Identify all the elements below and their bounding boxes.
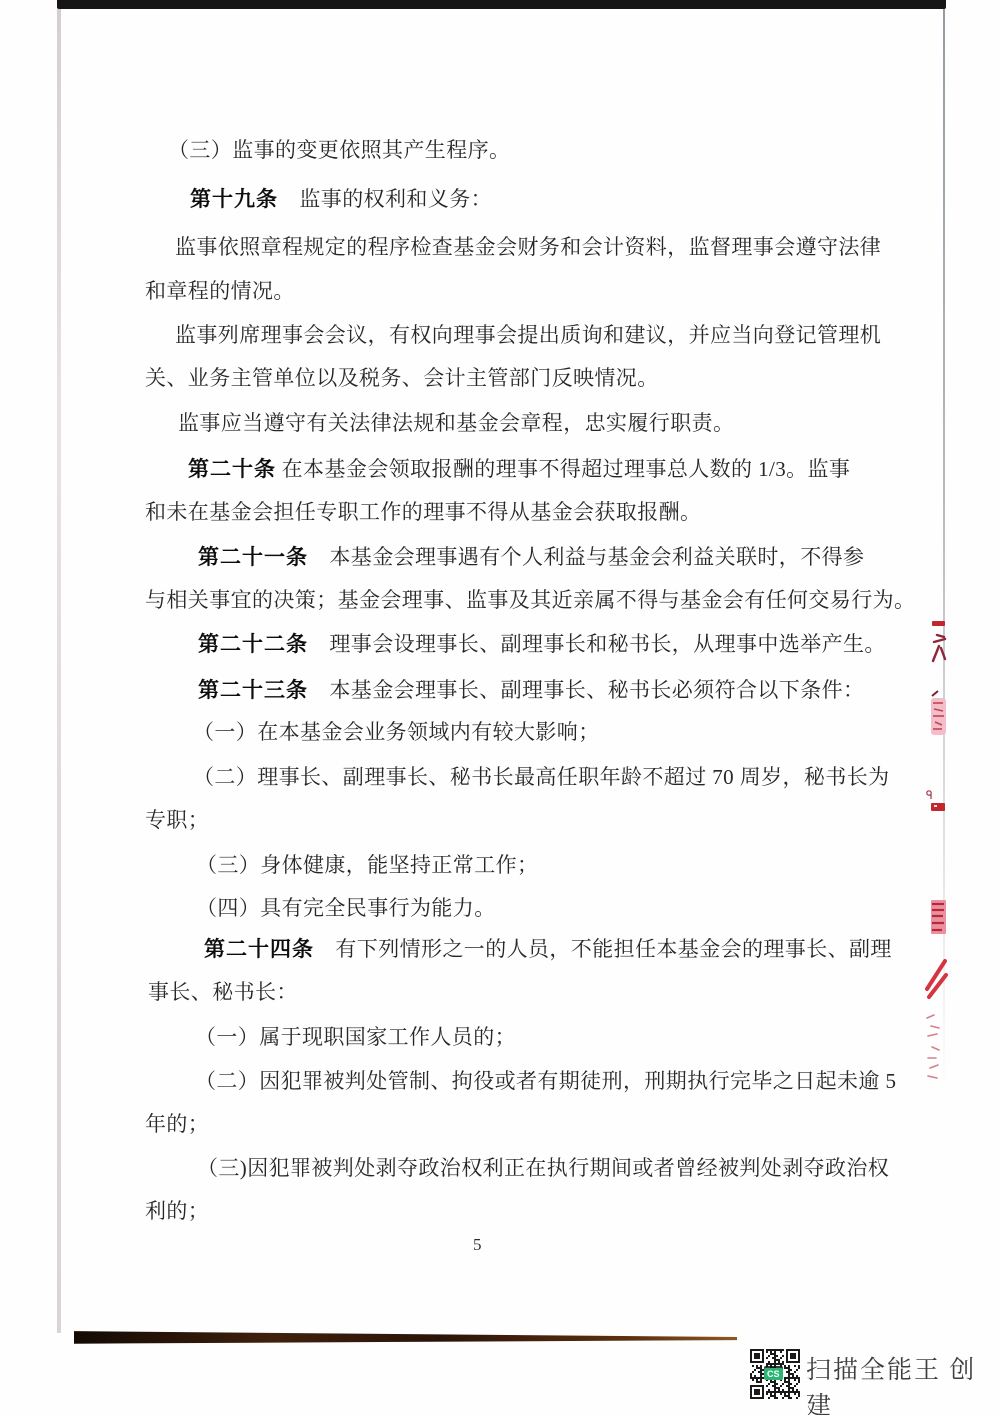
text-line: 和未在基金会担任专职工作的理事不得从基金会获取报酬。 bbox=[145, 499, 701, 525]
text-line: 监事列席理事会会议，有权向理事会提出质询和建议，并应当向登记管理机 bbox=[175, 322, 881, 348]
text-line: （三)因犯罪被判处剥夺政治权利正在执行期间或者曾经被判处剥夺政治权 bbox=[197, 1155, 889, 1181]
text-line: （一）属于现职国家工作人员的； bbox=[195, 1024, 516, 1050]
text-line: 年的； bbox=[145, 1111, 209, 1137]
text-line: （三）身体健康，能坚持正常工作； bbox=[196, 852, 538, 878]
text-line: （三）监事的变更依照其产生程序。 bbox=[168, 137, 510, 163]
article-heading: 第二十三条 本基金会理事长、副理事长、秘书长必须符合以下条件： bbox=[198, 677, 864, 703]
text-line: 专职； bbox=[145, 807, 209, 833]
article-heading: 第二十二条 理事会设理事长、副理事长和秘书长，从理事中选举产生。 bbox=[198, 631, 886, 657]
text-line: （四）具有完全民事行为能力。 bbox=[196, 895, 496, 921]
text-line: 监事依照章程规定的程序检查基金会财务和会计资料，监督理事会遵守法律 bbox=[175, 234, 881, 260]
scan-top-edge bbox=[57, 0, 946, 9]
article-heading: 第二十一条 本基金会理事遇有个人利益与基金会利益关联时，不得参 bbox=[198, 544, 864, 570]
article-heading: 第十九条 监事的权利和义务： bbox=[190, 186, 492, 212]
camscanner-logo-badge: CS bbox=[764, 1368, 783, 1380]
article-heading: 第二十条 在本基金会领取报酬的理事不得超过理事总人数的 1/3。监事 bbox=[188, 456, 850, 482]
text-line: （二）因犯罪被判处管制、拘役或者有期徒刑，刑期执行完毕之日起未逾 5 bbox=[195, 1068, 896, 1094]
red-seal-fragments-icon bbox=[918, 600, 950, 1090]
text-line: 关、业务主管单位以及税务、会计主管部门反映情况。 bbox=[145, 365, 659, 391]
text-line: （二）理事长、副理事长、秘书长最高任职年龄不超过 70 周岁，秘书长为 bbox=[193, 764, 890, 790]
camscanner-credit-text: 扫描全能王 创建 bbox=[806, 1350, 1000, 1415]
text-line: 监事应当遵守有关法律法规和基金会章程，忠实履行职责。 bbox=[178, 410, 734, 436]
article-heading: 第二十四条 有下列情形之一的人员，不能担任本基金会的理事长、副理 bbox=[204, 936, 892, 962]
scanned-document-page: （三）监事的变更依照其产生程序。 第十九条 监事的权利和义务： 监事依照章程规定… bbox=[0, 0, 1000, 1415]
text-line: 利的； bbox=[145, 1198, 209, 1224]
qr-code: CS bbox=[750, 1349, 800, 1399]
page-number: 5 bbox=[473, 1235, 482, 1255]
text-line: （一）在本基金会业务领域内有较大影响； bbox=[193, 719, 600, 745]
page-left-edge bbox=[57, 9, 61, 1333]
text-line: 与相关事宜的决策；基金会理事、监事及其近亲属不得与基金会有任何交易行为。 bbox=[145, 587, 915, 613]
scan-bottom-edge bbox=[74, 1330, 737, 1344]
text-line: 和章程的情况。 bbox=[145, 278, 295, 304]
text-line: 事长、秘书长： bbox=[148, 979, 298, 1005]
